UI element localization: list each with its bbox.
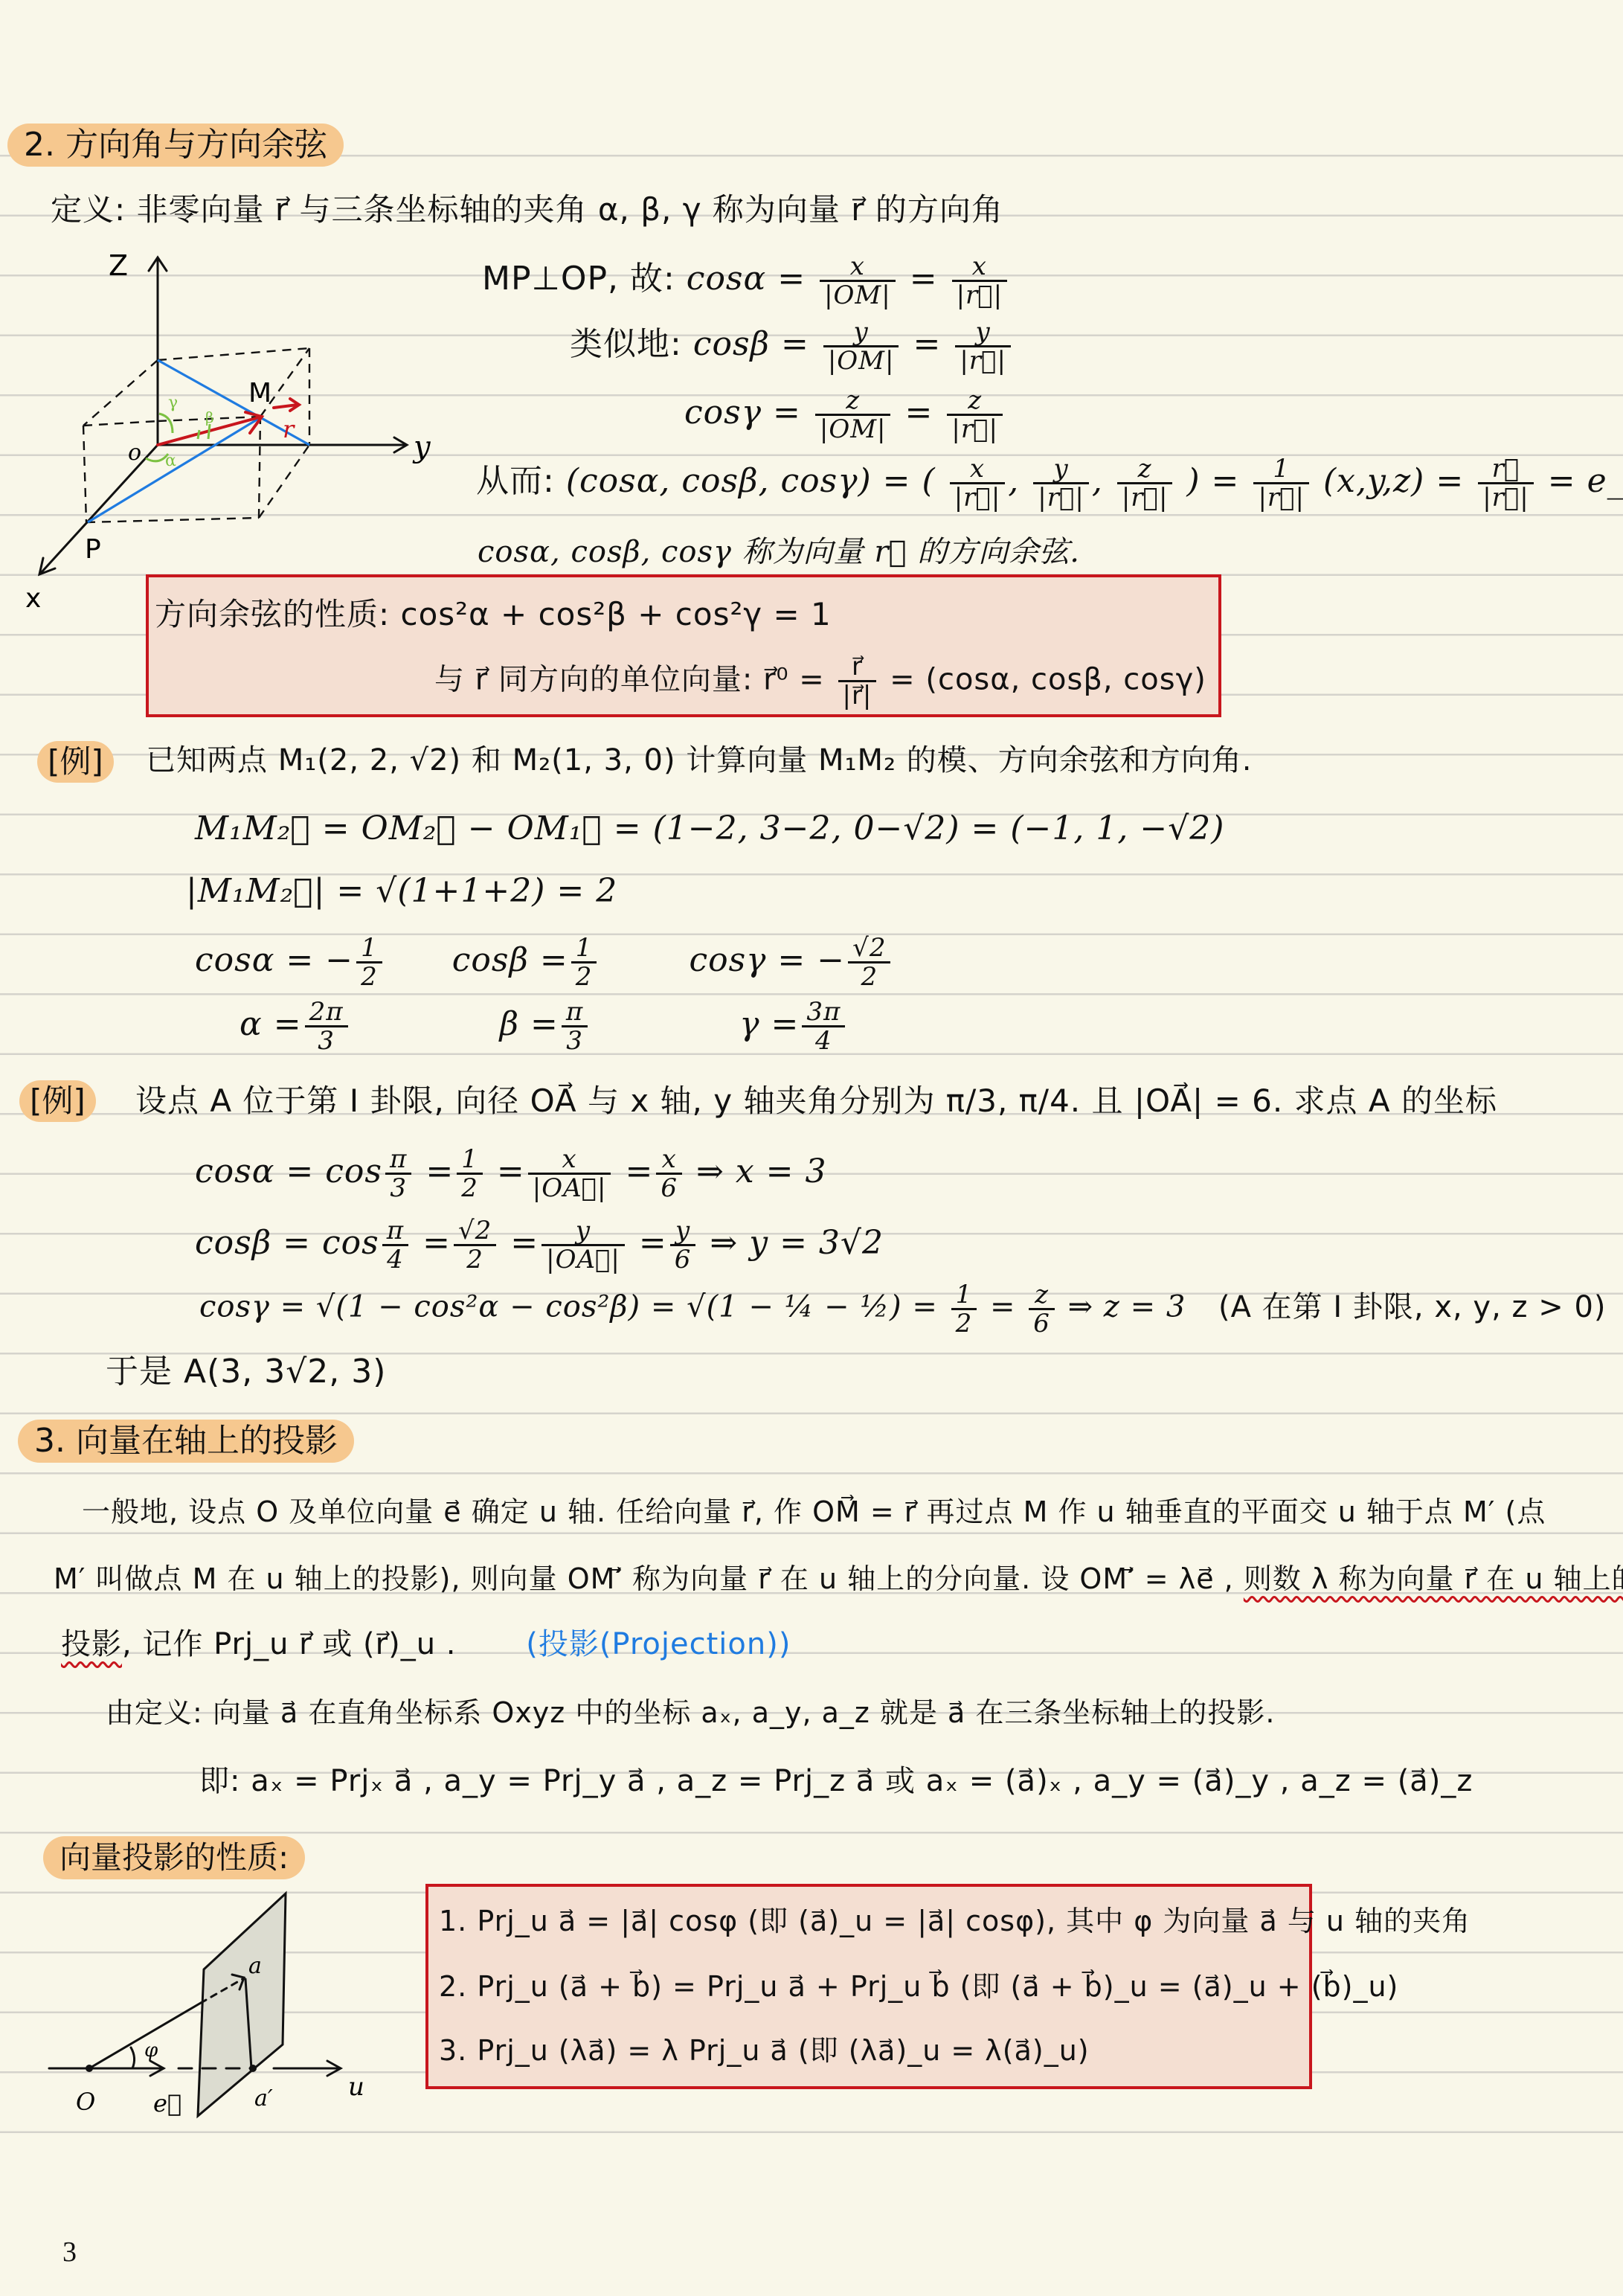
section-3-heading: 3. 向量在轴上的投影 — [18, 1420, 354, 1463]
definition-text: 定义: 非零向量 r⃗ 与三条坐标轴的夹角 α, β, γ 称为向量 r⃗ 的方… — [51, 187, 1003, 232]
example-1-problem: 已知两点 M₁(2, 2, √2) 和 M₂(1, 3, 0) 计算向量 M₁M… — [146, 738, 1253, 783]
example-2-conclusion: 于是 A(3, 3√2, 3) — [106, 1350, 386, 1394]
label-u: u — [348, 2072, 364, 2102]
direction-angle-diagram: Z y x o P M r α β γ — [0, 238, 483, 551]
label-alpha: α — [165, 452, 176, 470]
label-origin: o — [128, 440, 141, 466]
label-r: r — [283, 415, 295, 443]
coordinate-projection-definition: 由定义: 向量 a⃗ 在直角坐标系 Oxyz 中的坐标 aₓ, a_y, a_z… — [106, 1690, 1275, 1735]
projection-diagram: a a′ O e⃗ u φ — [0, 1808, 417, 2120]
projection-property-1: 1. Prj_u a⃗ = |a⃗| cosφ (即 (a⃗)_u = |a⃗|… — [439, 1899, 1471, 1943]
example-2-row-gamma: cosγ = √(1 − cos²α − cos²β) = √(1 − ¼ − … — [199, 1281, 1607, 1337]
projection-properties-box: 1. Prj_u a⃗ = |a⃗| cosφ (即 (a⃗)_u = |a⃗|… — [425, 1884, 1312, 2089]
label-beta: β — [205, 408, 214, 426]
derivation-cos-beta: 类似地: cosβ = y|OM| = y|r⃗| — [570, 318, 1014, 374]
property-identity: 方向余弦的性质: cos²α + cos²β + cos²γ = 1 — [155, 592, 832, 637]
label-a-prime: a′ — [254, 2085, 273, 2111]
derivation-direction-cosines-vector: 从而: (cosα, cosβ, cosγ) = ( x|r⃗|, y|r⃗|,… — [476, 455, 1623, 511]
direction-cosine-property-box: 方向余弦的性质: cos²α + cos²β + cos²γ = 1 与 r⃗ … — [146, 574, 1221, 717]
projection-property-3: 3. Prj_u (λa⃗) = λ Prj_u a⃗ (即 (λa⃗)_u =… — [439, 2028, 1090, 2073]
coordinate-projection-formulas: 即: aₓ = Prjₓ a⃗ , a_y = Prj_y a⃗ , a_z =… — [199, 1759, 1473, 1803]
direction-cosines-definition: cosα, cosβ, cosγ 称为向量 r⃗ 的方向余弦. — [478, 530, 1080, 574]
property-unit-vector: 与 r⃗ 同方向的单位向量: r⃗⁰ = r⃗|r⃗| = (cosα, cos… — [434, 653, 1206, 709]
projection-paragraph-1: 一般地, 设点 O 及单位向量 e⃗ 确定 u 轴. 任给向量 r⃗, 作 OM… — [82, 1489, 1546, 1534]
label-z: Z — [109, 249, 128, 282]
label-y: y — [412, 430, 431, 464]
label-o: O — [76, 2088, 95, 2116]
example-2-row-alpha: cosα = cosπ3 =12 =x|OA⃗| =x6 ⇒ x = 3 — [195, 1146, 827, 1202]
example-1-tag: [例] — [37, 741, 114, 783]
example-1-angles: α =2π3 β =π3 γ =3π4 — [240, 998, 848, 1054]
derivation-cos-gamma: cosγ = z|OM| = z|r⃗| — [684, 387, 1006, 443]
page-number: 3 — [62, 2236, 77, 2268]
example-1-step-vector: M₁M₂⃗ = OM₂⃗ − OM₁⃗ = (1−2, 3−2, 0−√2) =… — [195, 807, 1224, 851]
label-p: P — [85, 534, 101, 565]
projection-paragraph-2: M′ 叫做点 M 在 u 轴上的投影), 则向量 OM′⃗ 称为向量 r⃗ 在 … — [54, 1556, 1623, 1601]
derivation-cos-alpha: MP⊥OP, 故: cosα = x|OM| = x|r⃗| — [482, 253, 1010, 309]
label-e: e⃗ — [153, 2089, 181, 2117]
example-1-cosines: cosα = −12 cosβ =12 cosγ = −√22 — [195, 934, 893, 990]
label-m: M — [248, 378, 271, 408]
example-2-tag: [例] — [19, 1080, 96, 1122]
projection-paragraph-3: 投影, 记作 Prj_u r⃗ 或 (r⃗)_u . (投影(Projectio… — [61, 1622, 791, 1667]
perpendicular-plane — [198, 1893, 286, 2116]
example-1-step-magnitude: |M₁M₂⃗| = √(1+1+2) = 2 — [186, 869, 617, 914]
example-2-problem: 设点 A 位于第 I 卦限, 向径 OA⃗ 与 x 轴, y 轴夹角分别为 π/… — [135, 1079, 1497, 1123]
projection-english-note: (投影(Projection)) — [526, 1627, 791, 1661]
section-2-heading: 2. 方向角与方向余弦 — [7, 124, 344, 167]
label-phi: φ — [144, 2039, 158, 2062]
bottom-margin — [0, 2172, 1623, 2296]
label-x: x — [25, 583, 41, 614]
label-a: a — [248, 1953, 262, 1979]
projection-property-2: 2. Prj_u (a⃗ + b⃗) = Prj_u a⃗ + Prj_u b⃗… — [439, 1964, 1398, 2009]
example-2-row-beta: cosβ = cosπ4 =√22 =y|OA⃗| =y6 ⇒ y = 3√2 — [195, 1217, 884, 1273]
label-gamma: γ — [168, 394, 178, 412]
